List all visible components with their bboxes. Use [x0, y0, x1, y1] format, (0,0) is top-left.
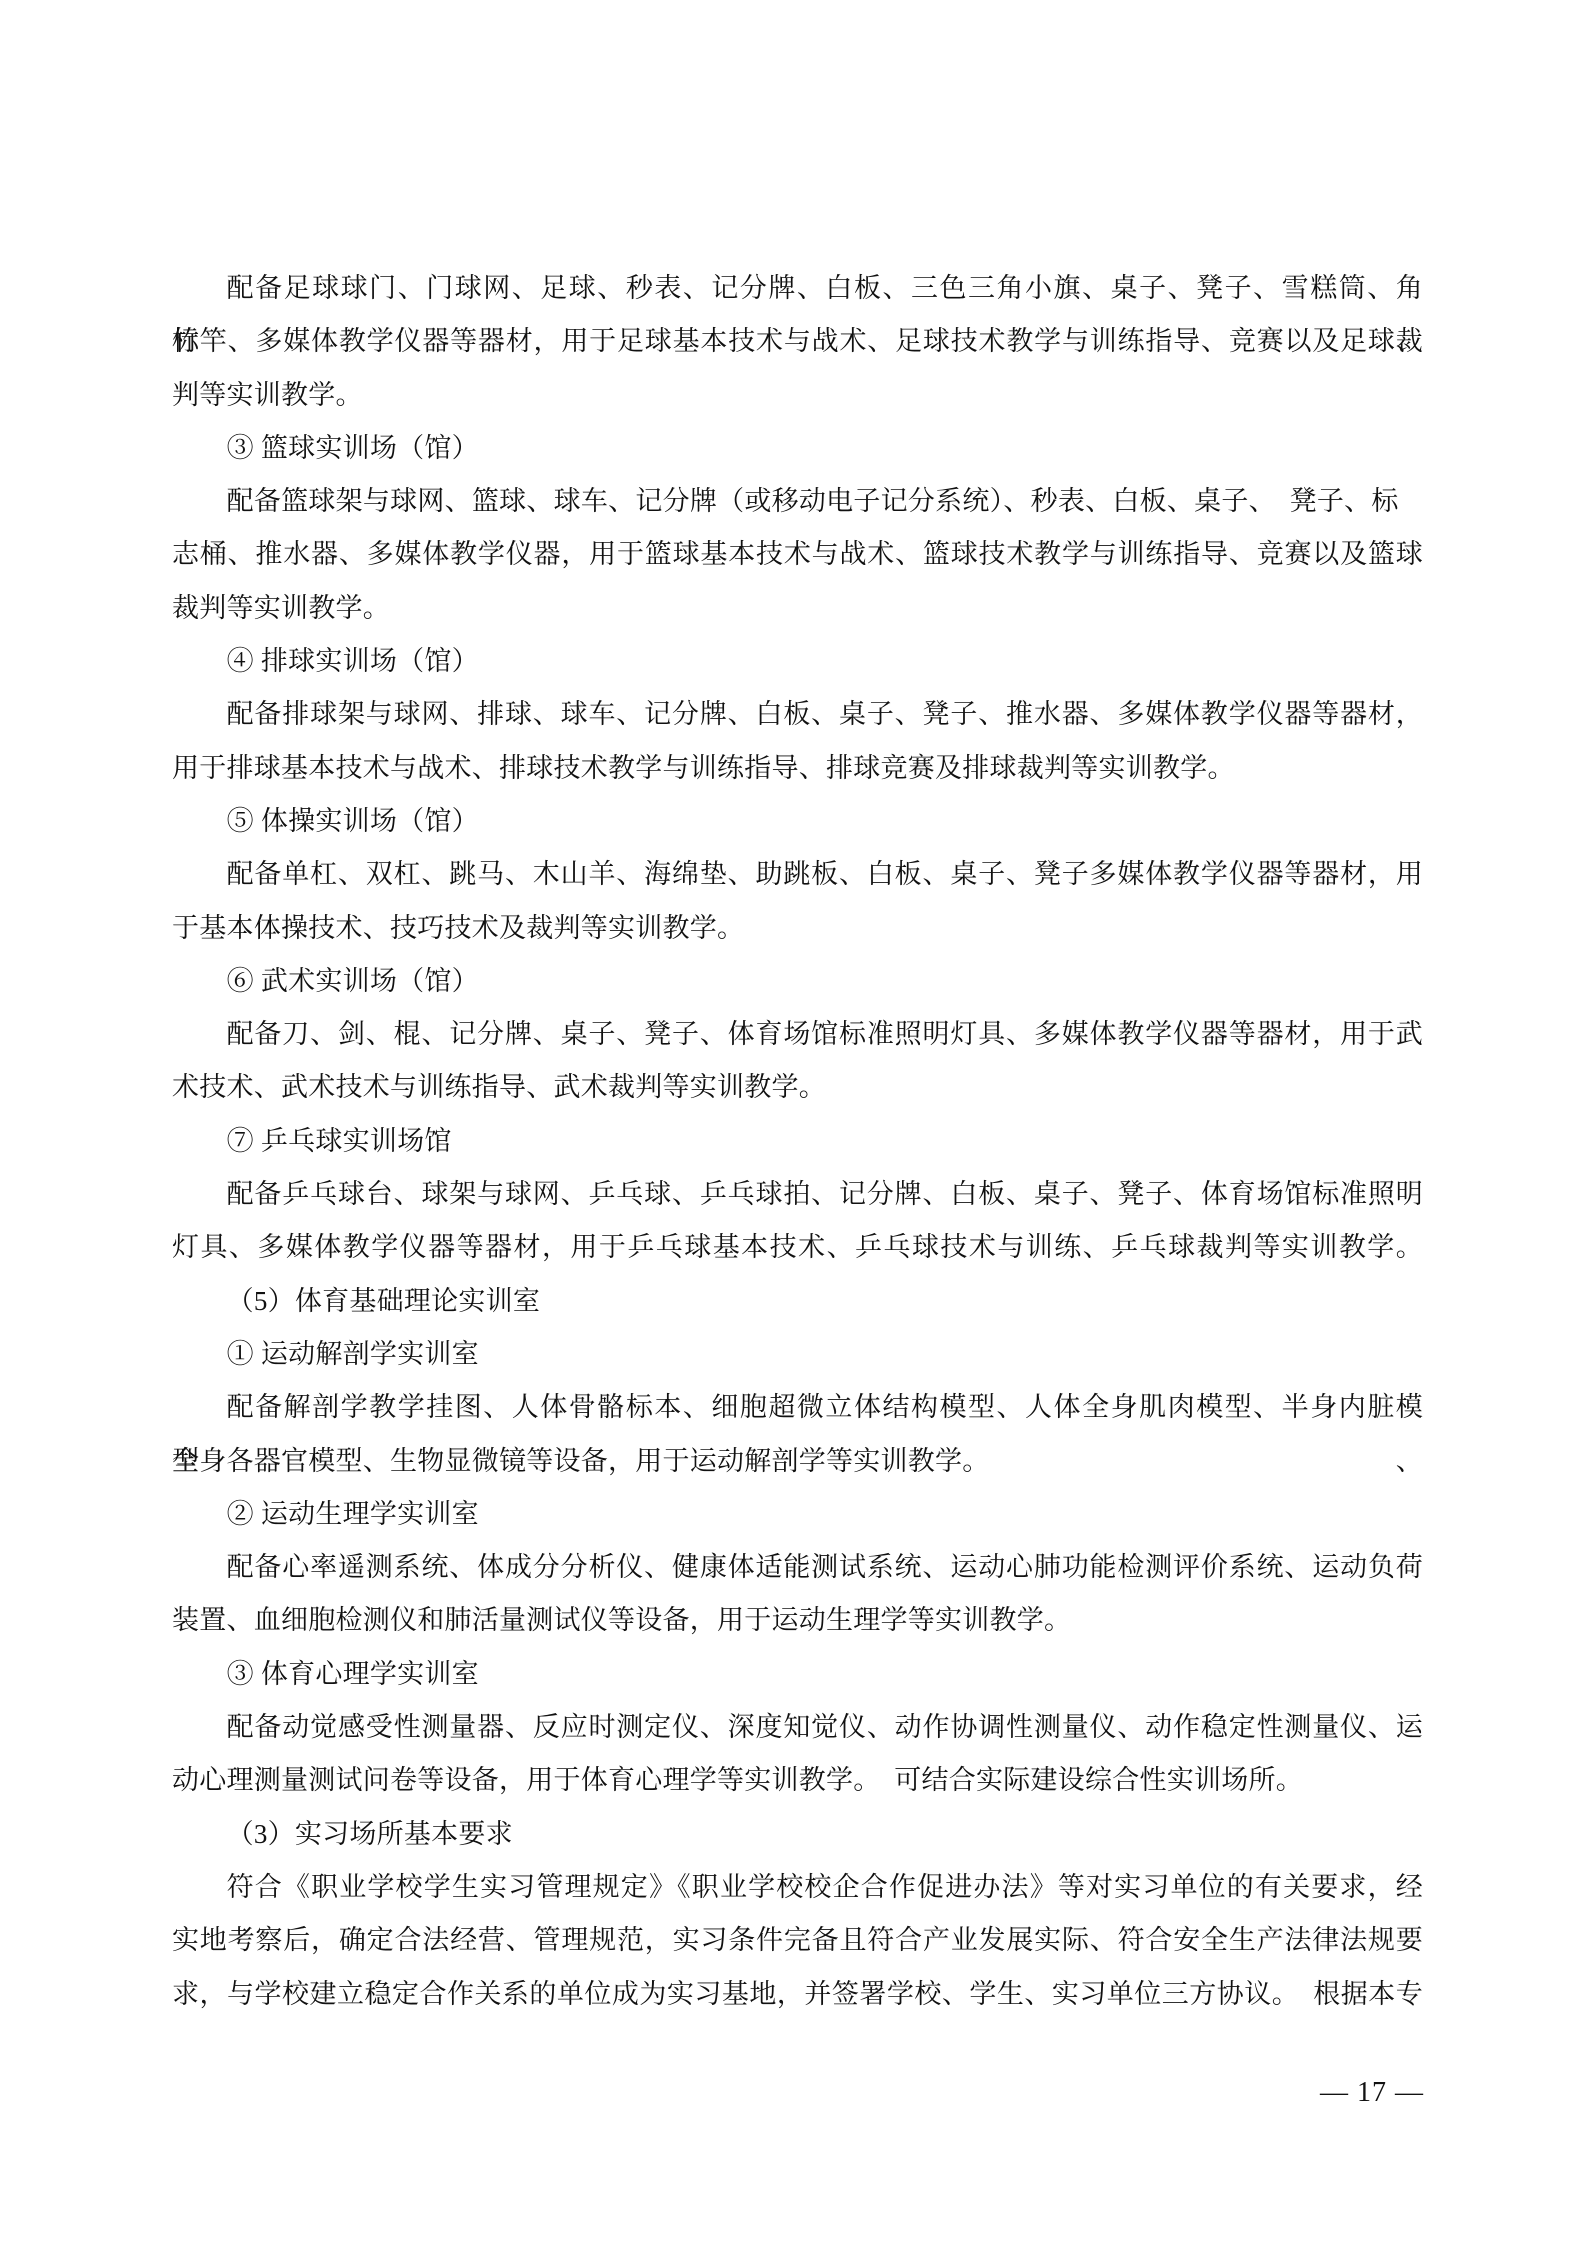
text-line: （5）体育基础理论实训室 [172, 1275, 1423, 1328]
text-line: 裁判等实训教学。 [172, 582, 1423, 635]
text-line: 术技术、武术技术与训练指导、武术裁判等实训教学。 [172, 1061, 1423, 1114]
text-line: ③ 篮球实训场（馆） [172, 422, 1423, 475]
text-line: ⑦ 乒乓球实训场馆 [172, 1115, 1423, 1168]
text-line: 用于排球基本技术与战术、排球技术教学与训练指导、排球竞赛及排球裁判等实训教学。 [172, 742, 1423, 795]
text-line: ⑤ 体操实训场（馆） [172, 795, 1423, 848]
text-line: 配备乒乓球台、球架与球网、乒乓球、乒乓球拍、记分牌、白板、桌子、凳子、体育场馆标… [172, 1168, 1423, 1221]
text-line: 配备足球球门、门球网、足球、秒表、记分牌、白板、三色三角小旗、桌子、凳子、雪糕筒… [172, 262, 1423, 315]
text-line: （3）实习场所基本要求 [172, 1808, 1423, 1861]
page-body: 配备足球球门、门球网、足球、秒表、记分牌、白板、三色三角小旗、桌子、凳子、雪糕筒… [172, 262, 1423, 2021]
text-line: 实地考察后，确定合法经营、管理规范，实习条件完备且符合产业发展实际、符合安全生产… [172, 1914, 1423, 1967]
text-line: 配备刀、剑、棍、记分牌、桌子、凳子、体育场馆标准照明灯具、多媒体教学仪器等器材，… [172, 1008, 1423, 1061]
text-line: 于基本体操技术、技巧技术及裁判等实训教学。 [172, 902, 1423, 955]
text-line: 判等实训教学。 [172, 369, 1423, 422]
text-line: 配备心率遥测系统、体成分分析仪、健康体适能测试系统、运动心肺功能检测评价系统、运… [172, 1541, 1423, 1594]
text-line: 竹竿、多媒体教学仪器等器材，用于足球基本技术与战术、足球技术教学与训练指导、竞赛… [172, 315, 1423, 368]
text-line: 装置、血细胞检测仪和肺活量测试仪等设备，用于运动生理学等实训教学。 [172, 1594, 1423, 1647]
text-line: ② 运动生理学实训室 [172, 1488, 1423, 1541]
text-line: 符合《职业学校学生实习管理规定》《职业学校校企合作促进办法》等对实习单位的有关要… [172, 1861, 1423, 1914]
text-line: 配备动觉感受性测量器、反应时测定仪、深度知觉仪、动作协调性测量仪、动作稳定性测量… [172, 1701, 1423, 1754]
page-number: — 17 — [1320, 2078, 1424, 2108]
text-line: ③ 体育心理学实训室 [172, 1648, 1423, 1701]
text-line: ④ 排球实训场（馆） [172, 635, 1423, 688]
text-line: 配备排球架与球网、排球、球车、记分牌、白板、桌子、凳子、推水器、多媒体教学仪器等… [172, 688, 1423, 741]
text-line: ⑥ 武术实训场（馆） [172, 955, 1423, 1008]
text-line: 志桶、推水器、多媒体教学仪器，用于篮球基本技术与战术、篮球技术教学与训练指导、竞… [172, 528, 1423, 581]
document-page: 配备足球球门、门球网、足球、秒表、记分牌、白板、三色三角小旗、桌子、凳子、雪糕筒… [0, 0, 1587, 2245]
text-line: 灯具、多媒体教学仪器等器材，用于乒乓球基本技术、乒乓球技术与训练、乒乓球裁判等实… [172, 1221, 1423, 1274]
text-line: 配备单杠、双杠、跳马、木山羊、海绵垫、助跳板、白板、桌子、凳子多媒体教学仪器等器… [172, 848, 1423, 901]
text-line: 求，与学校建立稳定合作关系的单位成为实习基地，并签署学校、学生、实习单位三方协议… [172, 1968, 1423, 2021]
text-line: 配备解剖学教学挂图、人体骨骼标本、细胞超微立体结构模型、人体全身肌肉模型、半身内… [172, 1381, 1423, 1434]
text-line: ① 运动解剖学实训室 [172, 1328, 1423, 1381]
text-line: 动心理测量测试问卷等设备，用于体育心理学等实训教学。 可结合实际建设综合性实训场… [172, 1754, 1423, 1807]
text-line: 配备篮球架与球网、篮球、球车、记分牌（或移动电子记分系统）、秒表、白板、桌子、 … [172, 475, 1423, 528]
